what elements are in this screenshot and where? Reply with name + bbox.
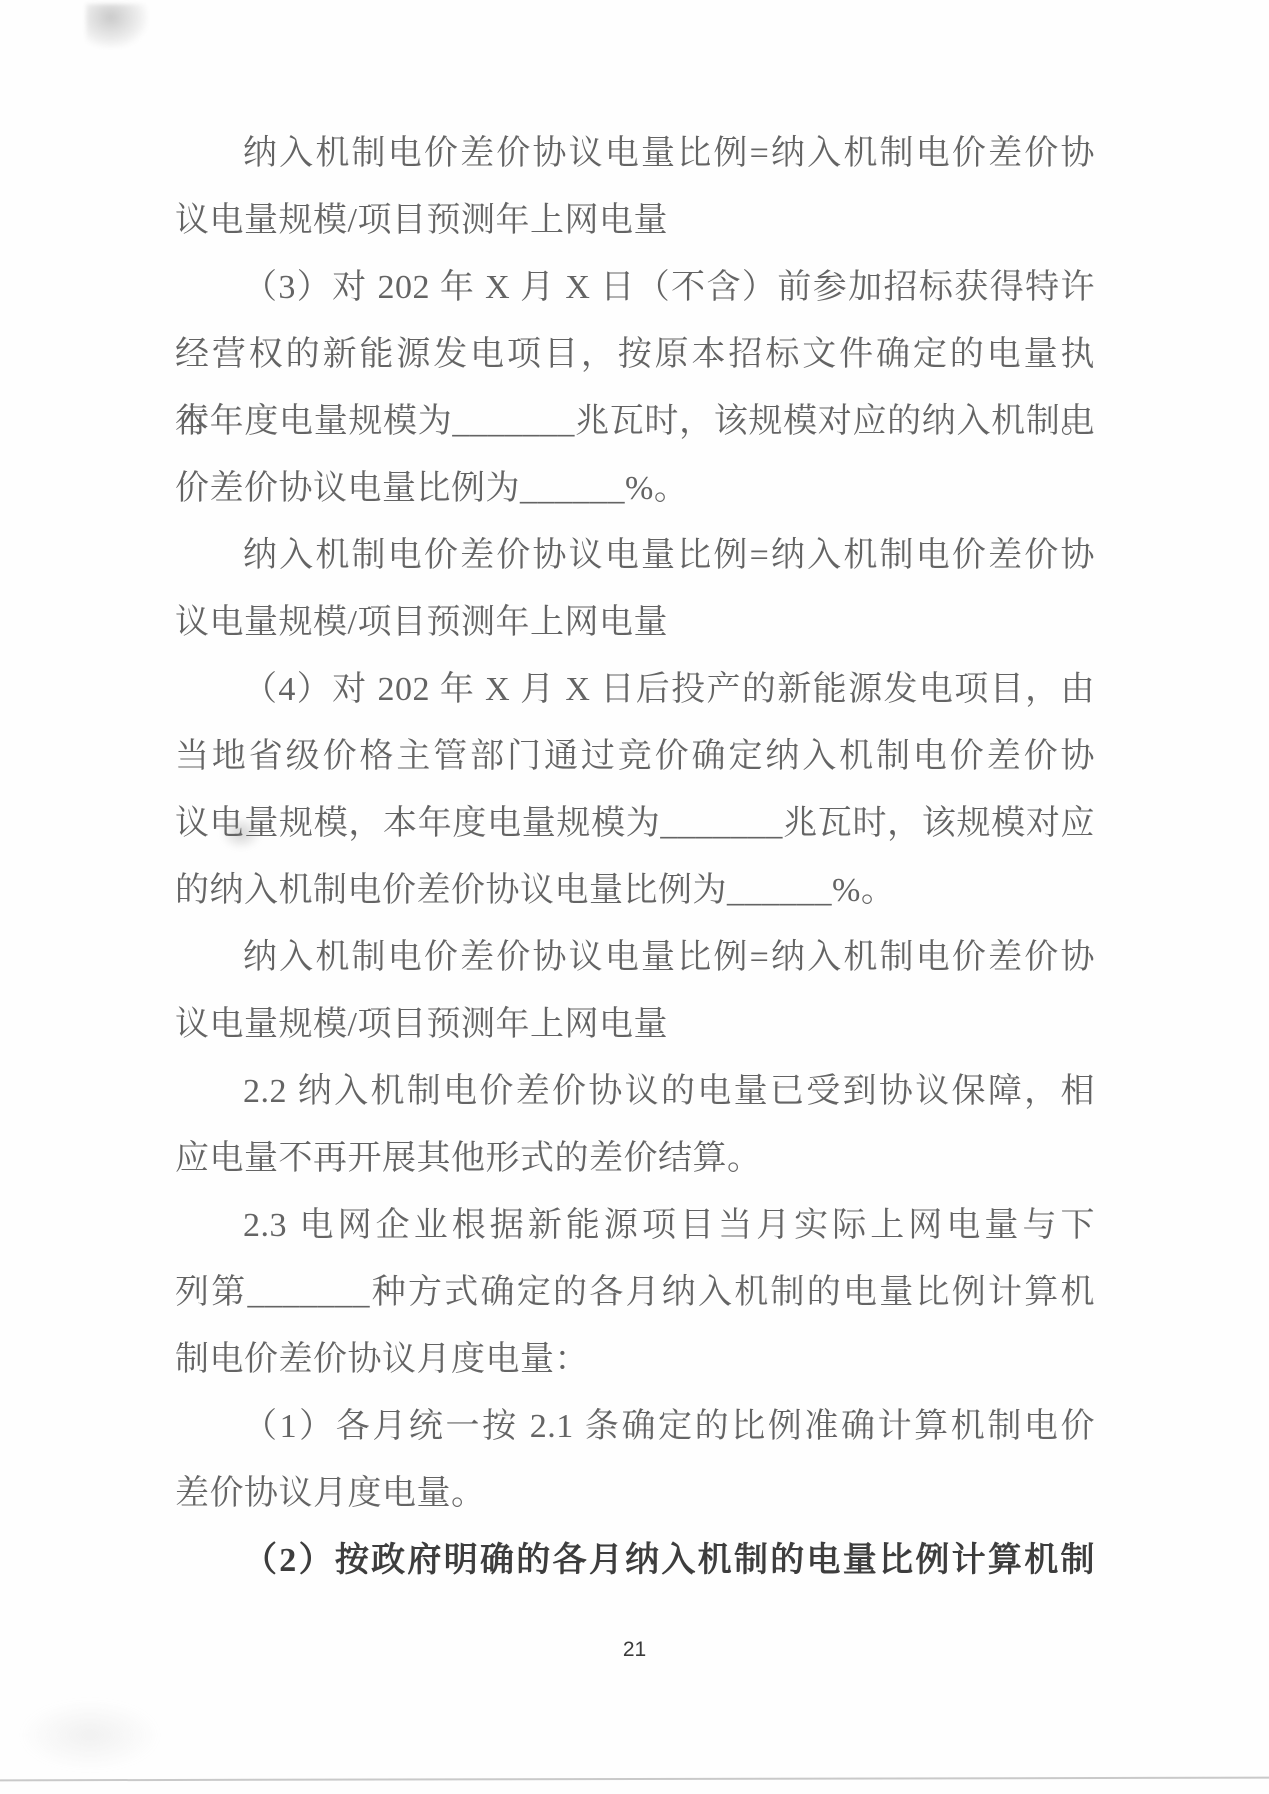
document-line: 纳入机制电价差价协议电量比例=纳入机制电价差价协: [175, 120, 1095, 187]
document-line: 纳入机制电价差价协议电量比例=纳入机制电价差价协: [175, 924, 1095, 991]
document-line: 列第_______种方式确定的各月纳入机制的电量比例计算机: [175, 1259, 1095, 1326]
document-line: 议电量规模/项目预测年上网电量: [175, 589, 1095, 656]
document-line: 2.2 纳入机制电价差价协议的电量已受到协议保障，相: [175, 1058, 1095, 1125]
document-line: 制电价差价协议月度电量：: [175, 1326, 1095, 1393]
scanned-document-page: { "page_number": "21", "document": { "li…: [0, 0, 1269, 1794]
document-line: 的纳入机制电价差价协议电量比例为______%。: [175, 857, 1095, 924]
document-line: 2.3 电网企业根据新能源项目当月实际上网电量与下: [175, 1192, 1095, 1259]
scan-smudge-top-left: [86, 4, 148, 48]
document-line: 议电量规模/项目预测年上网电量: [175, 187, 1095, 254]
document-line: 本年度电量规模为_______兆瓦时，该规模对应的纳入机制电: [175, 388, 1095, 455]
document-line: 差价协议月度电量。: [175, 1460, 1095, 1527]
document-line: 议电量规模，本年度电量规模为_______兆瓦时，该规模对应: [175, 790, 1095, 857]
document-line: （4）对 202 年 X 月 X 日后投产的新能源发电项目，由: [175, 656, 1095, 723]
document-line: 价差价协议电量比例为______%。: [175, 455, 1095, 522]
document-line: （3）对 202 年 X 月 X 日（不含）前参加招标获得特许: [175, 254, 1095, 321]
page-bottom-edge-line: [0, 1777, 1269, 1782]
document-line: 应电量不再开展其他形式的差价结算。: [175, 1125, 1095, 1192]
document-line: 当地省级价格主管部门通过竞价确定纳入机制电价差价协: [175, 723, 1095, 790]
document-body: 纳入机制电价差价协议电量比例=纳入机制电价差价协议电量规模/项目预测年上网电量（…: [175, 120, 1095, 1594]
document-line: 纳入机制电价差价协议电量比例=纳入机制电价差价协: [175, 522, 1095, 589]
document-page: 纳入机制电价差价协议电量比例=纳入机制电价差价协议电量规模/项目预测年上网电量（…: [0, 0, 1269, 1794]
scan-smudge-bottom-left: [20, 1700, 160, 1770]
page-number: 21: [0, 1638, 1269, 1662]
document-line: （2）按政府明确的各月纳入机制的电量比例计算机制: [175, 1527, 1095, 1594]
document-line: （1）各月统一按 2.1 条确定的比例准确计算机制电价: [175, 1393, 1095, 1460]
document-line: 经营权的新能源发电项目，按原本招标文件确定的电量执行。: [175, 321, 1095, 388]
document-line: 议电量规模/项目预测年上网电量: [175, 991, 1095, 1058]
